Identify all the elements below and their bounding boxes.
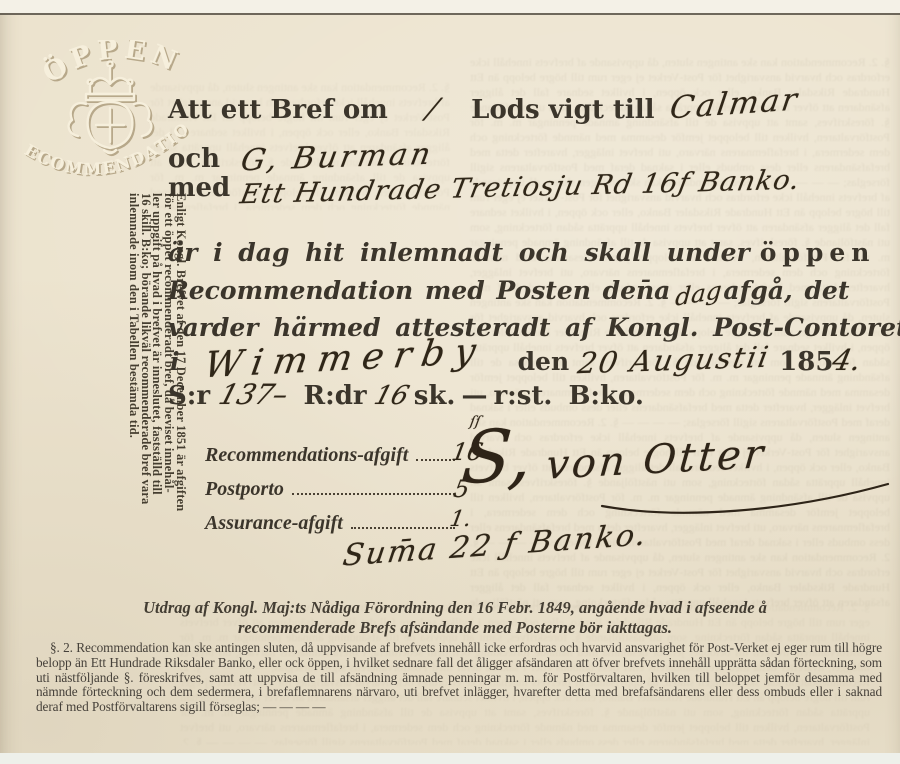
printed-text: och <box>168 144 220 174</box>
printed-text: den <box>518 347 570 376</box>
printed-text: Recommendation med Posten den̄a <box>168 276 670 305</box>
printed-text: Att ett Bref om <box>168 95 388 125</box>
scan-background-strip <box>0 0 900 13</box>
handwritten-date: 20 Augustii <box>575 340 772 381</box>
legal-heading-line: Utdrag af Kongl. Maj:ts Nådiga Förordnin… <box>55 598 855 618</box>
handwritten-fee-value: 1. <box>448 507 473 532</box>
printed-text: Lods vigt till <box>471 95 654 125</box>
fee-label: Assurance-afgift <box>205 512 343 535</box>
printed-text: är i dag hit inlemnadt och skall under <box>168 238 750 267</box>
body-line-recommendation: Recommendation med Posten den̄a dag afgå… <box>168 276 849 305</box>
fee-row-recommendation: Recommendations-afgift <box>205 444 457 478</box>
body-line-declaration: är i dag hit inlemnadt och skall under ö… <box>168 238 875 267</box>
legal-heading: Utdrag af Kongl. Maj:ts Nådiga Förordnin… <box>55 598 855 638</box>
fee-row-postage: Postporto <box>205 478 457 512</box>
fee-label: Recommendations-afgift <box>205 444 408 467</box>
body-line-sum-currency: S:r 137– R:dr 16 sk. — r:st. B:ko. <box>168 378 644 411</box>
body-line-place-date: i Wimmerby den 20 Augustii 185 4. <box>170 338 861 379</box>
dotted-leader <box>292 493 455 495</box>
scan-background-strip-bottom <box>0 753 900 764</box>
handwritten-amount: Ett Hundrade Tretiosju Rd 16ƒ Banko. <box>238 165 803 211</box>
printed-text: med <box>168 173 230 203</box>
printed-text: R:dr <box>304 381 367 411</box>
legal-heading-line: recommenderade Brefs afsändande med Post… <box>55 618 855 638</box>
printed-year: 185 <box>779 347 833 377</box>
postal-receipt-document: §. 2. Recommendation kan ske antingen sl… <box>0 0 900 764</box>
dotted-leader <box>416 459 455 461</box>
body-line-sender: och G, Burman <box>168 140 432 175</box>
printed-text: sk. <box>414 381 456 411</box>
dotted-leader <box>351 527 455 529</box>
handwritten-year-digit: 4. <box>830 343 865 377</box>
handwritten-weight-mark: / <box>422 92 442 125</box>
signature-flourish <box>598 478 895 520</box>
fee-label: Postporto <box>205 478 284 501</box>
paper-top-edge <box>0 13 900 15</box>
printed-text: r:st. <box>493 381 552 411</box>
printed-dash: — <box>461 381 487 411</box>
margin-note-line: inlemnade inom den i Tabellen bestämda t… <box>127 193 139 607</box>
fee-table: Recommendations-afgift Postporto Assuran… <box>205 444 457 546</box>
handwritten-riksdaler-total: 137– <box>215 378 292 411</box>
handwritten-destination: Calmar <box>667 82 801 127</box>
printed-text: i <box>170 347 180 376</box>
printed-text: S:r <box>168 381 210 411</box>
printed-emphasis-oppen: öppen <box>760 238 876 267</box>
legal-paragraph: §. 2. Recommendation kan ske antingen sl… <box>36 641 882 715</box>
body-line-amount: med Ett Hundrade Tretiosju Rd 16ƒ Banko. <box>168 172 799 203</box>
body-line-weight-destination: Att ett Bref om / Lods vigt till Calmar <box>168 90 797 126</box>
handwritten-day-word: dag <box>675 276 723 311</box>
handwritten-skilling-value: 16 <box>370 381 412 411</box>
printed-text: afgå, det <box>723 276 849 305</box>
